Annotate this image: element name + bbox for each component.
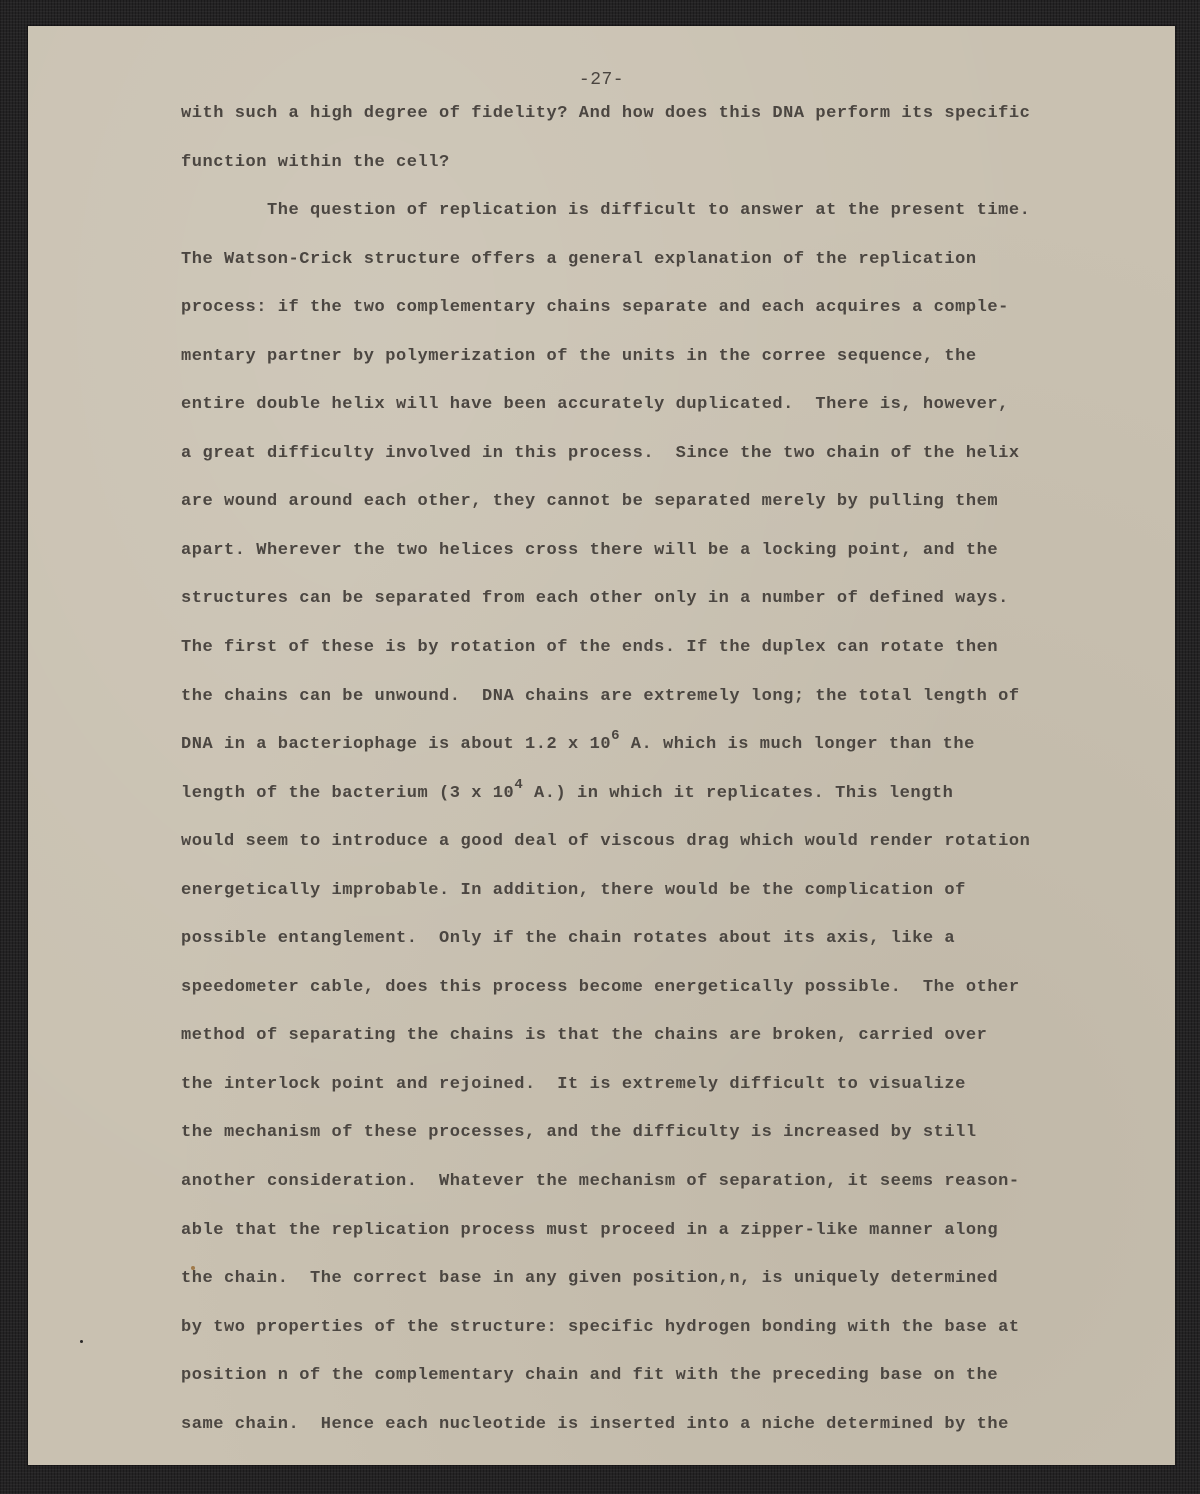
text-line: possible entanglement. Only if the chain… bbox=[181, 927, 1151, 976]
line-text-post: A.) in which it replicates. This length bbox=[523, 784, 953, 803]
text-line: able that the replication process must p… bbox=[181, 1219, 1151, 1268]
text-line: The Watson-Crick structure offers a gene… bbox=[181, 248, 1151, 297]
text-line: apart. Wherever the two helices cross th… bbox=[181, 539, 1151, 588]
line-text-pre: length of the bacterium (3 x 10 bbox=[181, 784, 514, 803]
text-line: structures can be separated from each ot… bbox=[181, 587, 1151, 636]
document-page: -27- with such a high degree of fidelity… bbox=[28, 26, 1175, 1465]
text-line: a great difficulty involved in this proc… bbox=[181, 442, 1151, 491]
text-line: The first of these is by rotation of the… bbox=[181, 636, 1151, 685]
text-line: same chain. Hence each nucleotide is ins… bbox=[181, 1413, 1151, 1462]
text-line: method of separating the chains is that … bbox=[181, 1024, 1151, 1073]
text-line: function within the cell? bbox=[181, 151, 1151, 200]
body-text: with such a high degree of fidelity? And… bbox=[181, 102, 1151, 1461]
text-line: speedometer cable, does this process bec… bbox=[181, 976, 1151, 1025]
page-number: -27- bbox=[28, 70, 1175, 90]
paragraph-start-line: The question of replication is difficult… bbox=[181, 199, 1151, 248]
exponent: 6 bbox=[611, 728, 620, 744]
text-line: the mechanism of these processes, and th… bbox=[181, 1121, 1151, 1170]
text-line: position n of the complementary chain an… bbox=[181, 1364, 1151, 1413]
text-line: the chains can be unwound. DNA chains ar… bbox=[181, 685, 1151, 734]
text-line: mentary partner by polymerization of the… bbox=[181, 345, 1151, 394]
line-text-post: A. which is much longer than the bbox=[620, 735, 975, 754]
text-line-with-superscript: DNA in a bacteriophage is about 1.2 x 10… bbox=[181, 733, 1151, 782]
text-line: with such a high degree of fidelity? And… bbox=[181, 102, 1151, 151]
line-text-pre: DNA in a bacteriophage is about 1.2 x 10 bbox=[181, 735, 611, 754]
text-line: by two properties of the structure: spec… bbox=[181, 1316, 1151, 1365]
text-line: entire double helix will have been accur… bbox=[181, 393, 1151, 442]
exponent: 4 bbox=[514, 777, 523, 793]
text-line: the interlock point and rejoined. It is … bbox=[181, 1073, 1151, 1122]
text-line: would seem to introduce a good deal of v… bbox=[181, 830, 1151, 879]
text-line: another consideration. Whatever the mech… bbox=[181, 1170, 1151, 1219]
text-line: process: if the two complementary chains… bbox=[181, 296, 1151, 345]
text-line-with-superscript: length of the bacterium (3 x 104 A.) in … bbox=[181, 782, 1151, 831]
text-line: are wound around each other, they cannot… bbox=[181, 490, 1151, 539]
text-line: the chain. The correct base in any given… bbox=[181, 1267, 1151, 1316]
paper-speck bbox=[191, 1266, 195, 1270]
text-line: energetically improbable. In addition, t… bbox=[181, 879, 1151, 928]
paper-speck bbox=[80, 1340, 83, 1343]
